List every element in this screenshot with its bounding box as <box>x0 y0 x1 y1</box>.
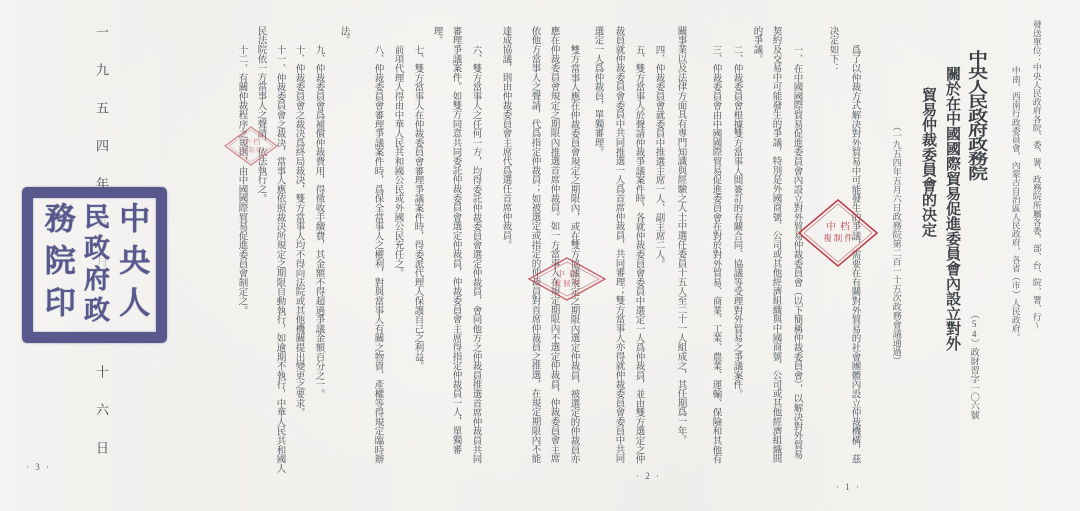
body-line: 五、雙方當事人於聲請仲裁爭議案件時，各就仲裁委員會委員中選定一人爲仲裁員，並由雙… <box>633 45 643 464</box>
body-line: 應在仲裁委員會規定之期限內推選首席仲裁員。如一方當事人在規定期限內不選定仲裁員，… <box>548 26 558 463</box>
seal-text-middle: 民政府政 <box>82 203 108 327</box>
body-line: 九、仲裁委員會爲補償仲裁費用，得徵收手續費，其金額不得超過爭議金額百分之一。 <box>313 45 323 398</box>
body-line: 關事業以及法律方面具有專門知識與經驗之人士中選任委員十五人至二十一人組成之，其任… <box>675 26 685 445</box>
body-line: 十、仲裁委員會之裁决爲終局裁决，雙方當事人均不得向法院或其他機關提出變更之要求。 <box>293 45 303 417</box>
body-line: 四、仲裁委員會就委員中推選主席一人、副主席二人。 <box>653 45 663 268</box>
body-line: 契約及交易中可能發生的爭議，特別是外國商號、公司或其他經濟組織與中國商號、公司或… <box>770 26 780 463</box>
body-line: 十一、仲裁委員會之裁决，當事人應依照裁决所規定之期限自動執行，如逾期不執行，中華… <box>274 45 284 473</box>
distribution-line-1: 發送單位：中央人民政府各院、委、署、政務院所屬各委、部、台、院、署、行～ <box>1032 20 1041 330</box>
body-line: 的爭議。 <box>751 26 761 63</box>
body-line: 雙方當事人應在仲裁委員會規定之期限內，或在雙方協議規定之期限內選定仲裁員，被選定… <box>568 45 578 464</box>
body-line: 選定一人爲仲裁員，單獨審理。 <box>592 26 602 156</box>
archive-stamp: 中档 複制件 <box>798 199 878 267</box>
body-line: 民法院依一方當事人之聲請，依法執行之。 <box>255 26 265 203</box>
body-line: 决定如下： <box>827 26 837 73</box>
document-title-line2: 貿易仲裁委員會的决定 <box>920 87 935 237</box>
stamp-text-row1: 中档 <box>240 138 263 147</box>
body-line: 三、仲裁委員會由中國國際貿易促進委員會在對於對外貿易、商業、工業、農業、運輸、保… <box>710 45 720 464</box>
body-line: 八、仲裁委員會審理爭議案件時，爲保全當事人之權利，對與當事人有關之物資、產權等得… <box>372 45 382 464</box>
document-number: （54）政財習字一〇六號 <box>969 310 978 420</box>
page-marker-3: · 3 · <box>26 462 51 472</box>
adoption-note: （一九五四年五月六日政務院第二百一十五次政務會議通過） <box>891 122 900 365</box>
body-line: 十二、有關仲裁程序之規則，由中國國際貿易促進委員會制定之。 <box>236 45 246 315</box>
document-title-line1: 關於在中國國際貿易促進委員會內設立對外 <box>944 66 959 351</box>
body-line: 達成協議，則由仲裁委員會主席代爲選任首席仲裁員。 <box>500 26 510 249</box>
archive-stamp: 中档 複制件 <box>224 126 278 166</box>
scanned-document-page: 發送單位：中央人民政府各院、委、署、政務院所屬各委、部、台、院、署、行～ 中南、… <box>0 0 1080 511</box>
document-issuer: 中央人民政府政務院 <box>966 50 986 180</box>
archive-stamp: 中档 複制件 <box>528 257 606 301</box>
seal-text-left: 務院印 <box>42 202 73 328</box>
body-line: 法。 <box>338 26 348 45</box>
body-line: 依他方當事人之聲請，代爲指定仲裁員；如被選定或指定的仲裁員對首席仲裁員之推選，在… <box>529 26 539 463</box>
stamp-text-row2: 複制件 <box>239 147 264 154</box>
body-line: 前項代理人得由中華人民共和國公民或外國公民充任之。 <box>392 45 402 278</box>
page-marker-1: · 1 · <box>836 482 861 492</box>
signature-date-day: 十六日 <box>95 365 108 479</box>
body-line: 審理爭議案件。如雙方同意共同委託仲裁委員會選定仲裁員，仲裁委員會主席得指定仲裁員… <box>450 26 460 454</box>
body-line: 二、仲裁委員會根據雙方當事人間簽訂的有關合同、協議等受理對外貿易之爭議案件。 <box>731 45 741 398</box>
body-line: 裁員就仲裁委員會委員中共同推選一人爲首席仲裁員，共同審理；雙方當事人亦得就仲裁委… <box>613 26 623 463</box>
body-line: 六、雙方當事人之任何一方，均得委託仲裁委員會選定仲裁員，會同他方之仲裁員推選首席… <box>470 45 480 464</box>
distribution-line-2: 中南、西南行政委員會，內蒙古自治區人民政府，各省（市）人民政府。 <box>1011 66 1020 341</box>
body-line: 七、雙方當事人在仲裁委員會審理爭議案件時，得委派代理人保護自己之利益。 <box>412 45 422 371</box>
seal-text-right: 中央人 <box>116 202 147 328</box>
stamp-text-row2: 複制件 <box>821 234 855 244</box>
page-marker-2: · 2 · <box>636 471 661 481</box>
stamp-text-row2: 複制件 <box>552 280 583 289</box>
body-line: 理。 <box>431 26 441 45</box>
official-seal: 中央人 民政府政 務院印 <box>22 187 167 343</box>
